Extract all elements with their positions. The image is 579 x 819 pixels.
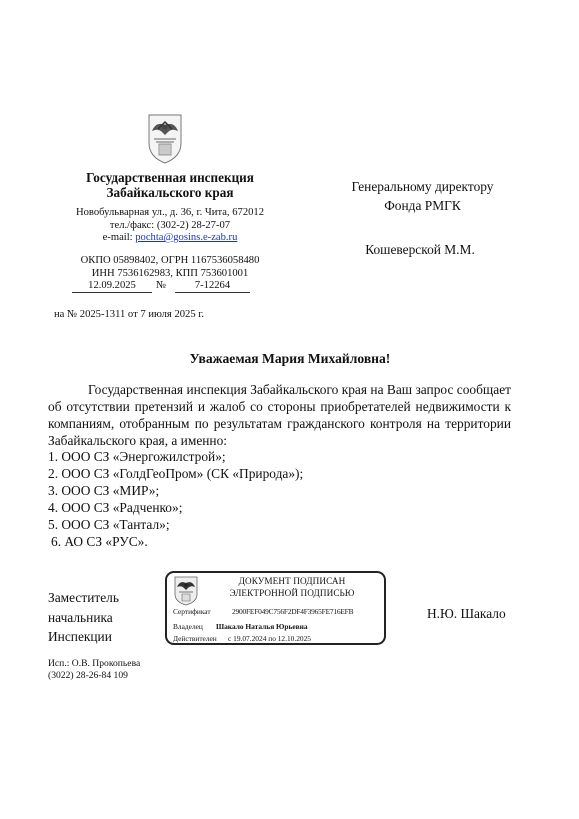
organization-contacts: Новобульварная ул., д. 36, г. Чита, 6720… [55, 207, 285, 245]
company-list: 1. ООО СЗ «Энергожилстрой»; 2. ООО СЗ «Г… [48, 448, 448, 550]
signer-name: Н.Ю. Шакало [427, 606, 506, 622]
certificate-label: Сертификат [173, 607, 211, 616]
registration-number: 7-12264 [175, 279, 250, 293]
org-name-line2: Забайкальского края [60, 185, 280, 200]
addressee-line1: Генеральному директору [320, 177, 525, 196]
addressee-name: Кошеверской М.М. [320, 242, 520, 258]
organization-codes: ОКПО 05898402, ОГРН 1167536058480 ИНН 75… [55, 255, 285, 280]
electronic-signature-stamp: ДОКУМЕНТ ПОДПИСАН ЭЛЕКТРОННОЙ ПОДПИСЬЮ С… [165, 571, 386, 645]
reference-line: на № 2025-1311 от 7 июля 2025 г. [54, 309, 204, 320]
list-item: 1. ООО СЗ «Энергожилстрой»; [48, 448, 448, 465]
okpo-ogrn: ОКПО 05898402, ОГРН 1167536058480 [55, 255, 285, 268]
certificate-row: Сертификат 2900FEF049C756F2DF4F3965FE716… [173, 607, 211, 616]
addressee-line2: Фонда РМГК [320, 196, 525, 215]
owner-value: Шакало Наталья Юрьевна [216, 622, 308, 631]
letter-body: Государственная инспекция Забайкальского… [48, 381, 511, 449]
executor-phone: (3022) 28-26-84 109 [48, 670, 140, 682]
role-line1: Заместитель [48, 588, 119, 608]
list-item: 3. ООО СЗ «МИР»; [48, 482, 448, 499]
validity-value: с 19.07.2024 по 12.10.2025 [228, 634, 311, 643]
email-label: e-mail: [103, 232, 136, 243]
org-email-line: e-mail: pochta@gosins.e-zab.ru [55, 232, 285, 245]
executor-info: Исп.: О.В. Прокопьева (3022) 28-26-84 10… [48, 658, 140, 682]
list-item: 6. АО СЗ «РУС». [48, 533, 448, 550]
role-line3: Инспекции [48, 627, 119, 647]
role-line2: начальника [48, 608, 119, 628]
addressee-position: Генеральному директору Фонда РМГК [320, 177, 525, 215]
stamp-title: ДОКУМЕНТ ПОДПИСАН ЭЛЕКТРОННОЙ ПОДПИСЬЮ [207, 576, 377, 599]
signer-role: Заместитель начальника Инспекции [48, 588, 119, 647]
number-sign: № [156, 279, 166, 292]
org-address: Новобульварная ул., д. 36, г. Чита, 6720… [55, 207, 285, 220]
organization-name: Государственная инспекция Забайкальского… [60, 170, 280, 200]
email-link[interactable]: pochta@gosins.e-zab.ru [135, 232, 237, 243]
coat-of-arms-icon [174, 576, 198, 606]
owner-label: Владелец [173, 622, 203, 631]
list-item: 4. ООО СЗ «Радченко»; [48, 499, 448, 516]
registration-date: 12.09.2025 [72, 279, 152, 293]
salutation: Уважаемая Мария Михайловна! [40, 351, 540, 367]
coat-of-arms-icon [146, 113, 184, 165]
list-item: 5. ООО СЗ «Тантал»; [48, 516, 448, 533]
org-phone: тел./факс: (302-2) 28-27-07 [55, 220, 285, 233]
registration-line: 12.09.2025 № 7-12264 [72, 279, 240, 293]
owner-row: Владелец Шакало Наталья Юрьевна [173, 622, 203, 631]
stamp-title-line2: ЭЛЕКТРОННОЙ ПОДПИСЬЮ [207, 588, 377, 600]
stamp-title-line1: ДОКУМЕНТ ПОДПИСАН [207, 576, 377, 588]
list-item: 2. ООО СЗ «ГолдГеоПром» (СК «Природа»); [48, 465, 448, 482]
certificate-value: 2900FEF049C756F2DF4F3965FE716EFB [232, 607, 353, 616]
org-name-line1: Государственная инспекция [60, 170, 280, 185]
validity-label: Действителен [173, 634, 217, 643]
validity-row: Действителен с 19.07.2024 по 12.10.2025 [173, 634, 217, 643]
executor-name: Исп.: О.В. Прокопьева [48, 658, 140, 670]
